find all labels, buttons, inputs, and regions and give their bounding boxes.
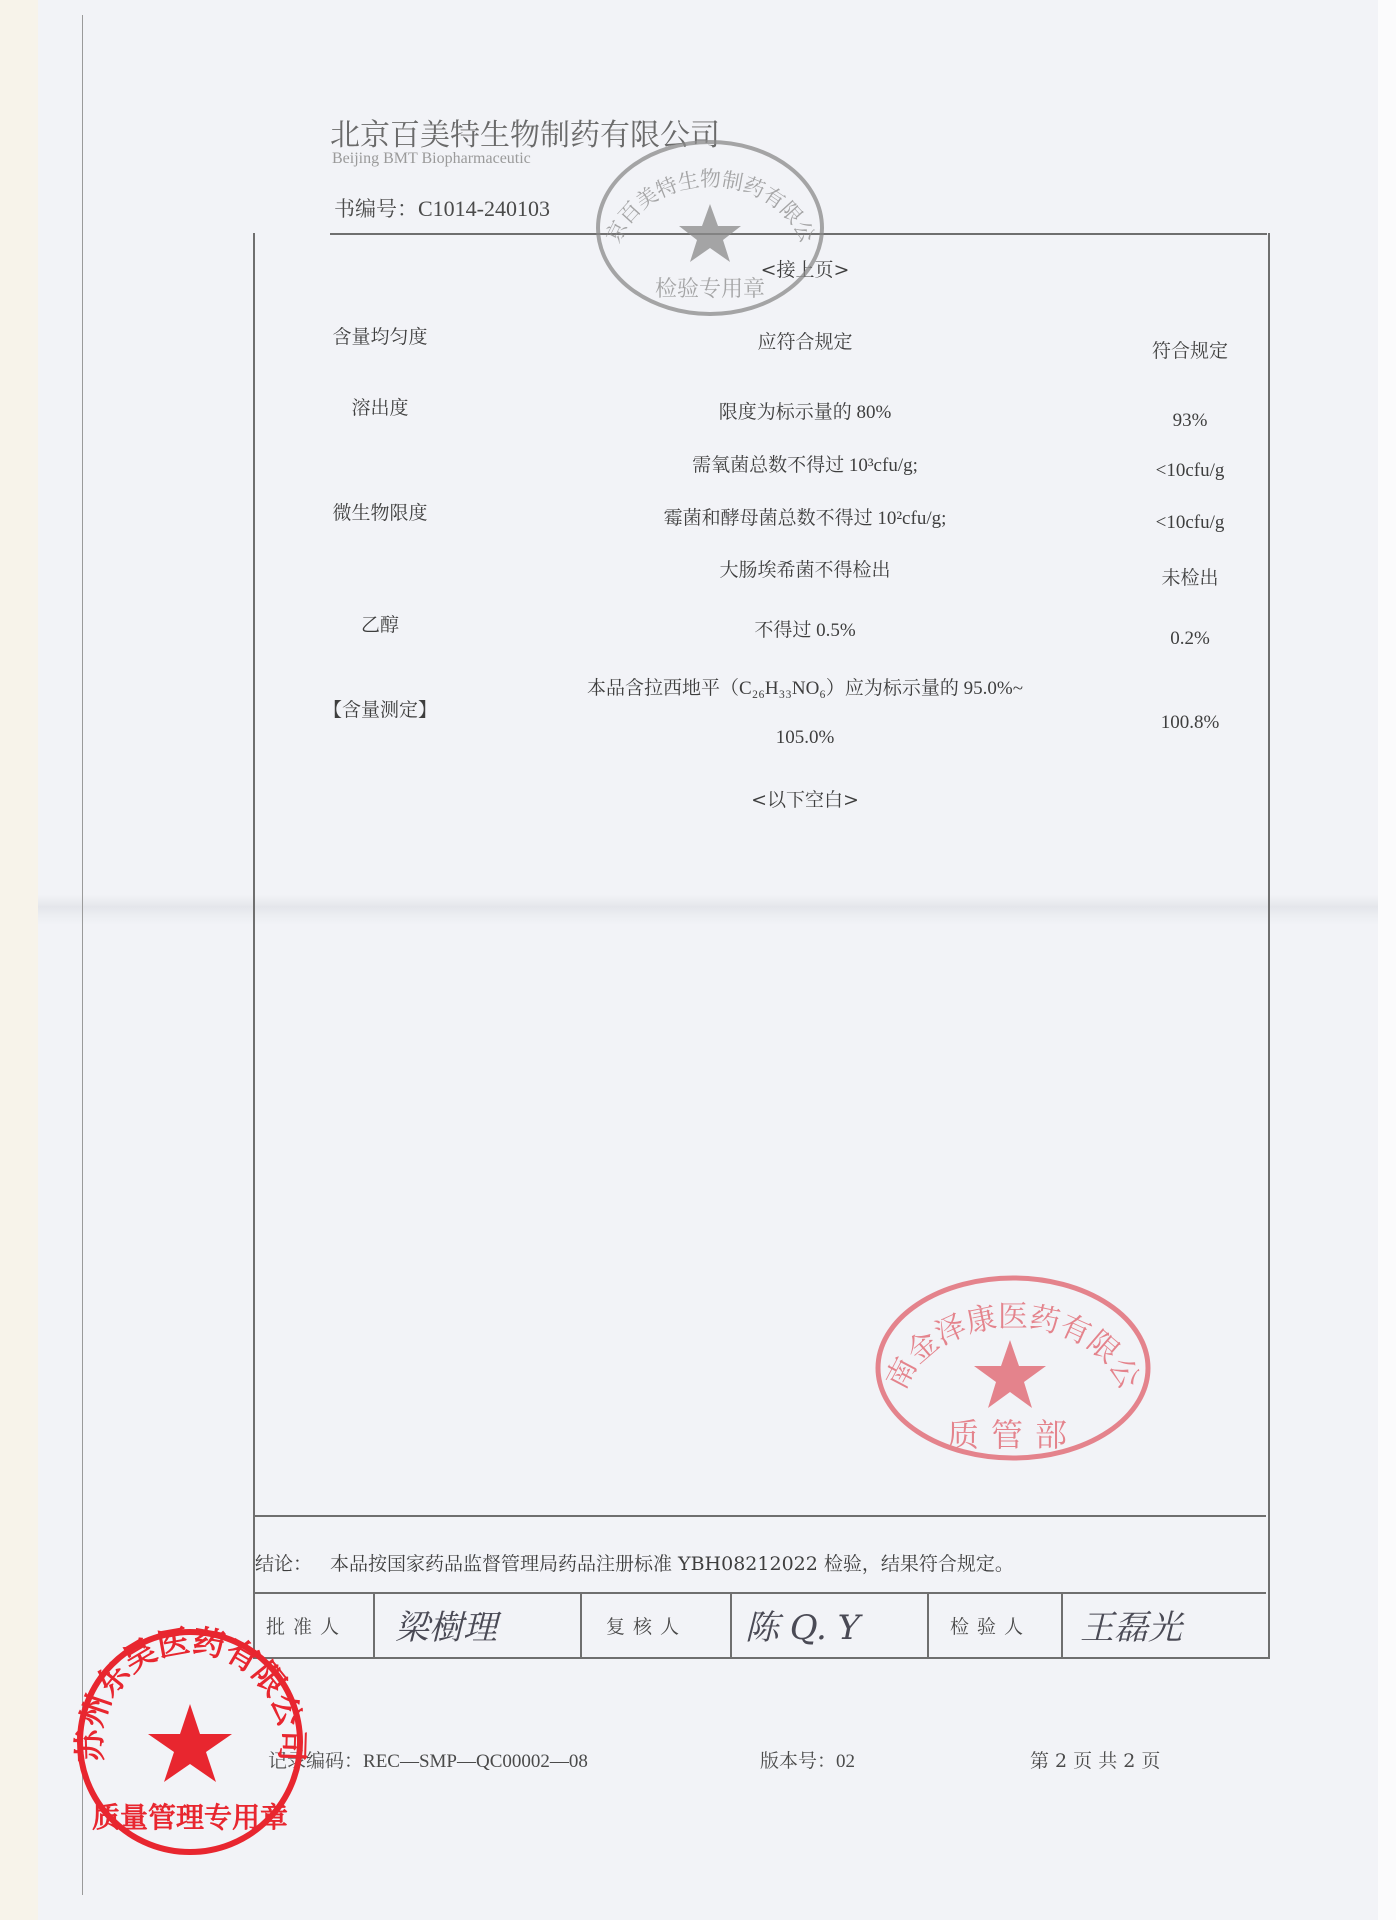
record-number: 书编号：C1014-240103 [334,193,550,223]
gray-stamp-ring-text: 北京百美特生物制药有限公司 [578,109,820,247]
signature-cell-divider [373,1592,375,1657]
version-value: 02 [836,1751,855,1772]
row-result: 0.2% [1120,628,1260,650]
red-quality-mgmt-stamp: 苏州东吴医药有限公司 质量管理专用章 [68,1622,308,1866]
page-info: 第 2 页 共 2 页 [1030,1746,1160,1773]
approver-signature: 梁樹理 [395,1600,497,1649]
row-item: 含量均匀度 [270,322,490,349]
row-result: 未检出 [1120,563,1260,590]
scan-edge-right [1378,0,1396,1920]
version-label: 版本号： [760,1750,836,1772]
row-result: <10cfu/g [1120,512,1260,534]
signature-cell-divider [580,1592,582,1657]
record-code-value: REC—SMP—QC00002—08 [363,1751,588,1772]
row-item: 乙醇 [270,610,490,637]
signature-cell-divider [730,1592,732,1657]
conclusion-divider [253,1515,1266,1517]
row-standard: 105.0% [505,727,1105,749]
signature-row-divider [253,1592,1266,1594]
record-number-value: C1014-240103 [418,196,550,221]
red-mid-stamp-bottom-text: 质管部 [947,1416,1079,1454]
row-item: 【含量测定】 [270,695,490,722]
row-item: 微生物限度 [270,498,490,525]
blank-below-label: <以下空白> [505,785,1105,812]
row-result: <10cfu/g [1120,460,1260,482]
row-standard: 大肠埃希菌不得检出 [505,555,1105,582]
row-result: 符合规定 [1120,336,1260,363]
svg-text:北京百美特生物制药有限公司: 北京百美特生物制药有限公司 [578,109,820,247]
row-item: 溶出度 [270,393,490,420]
gray-stamp-bottom-text: 检验专用章 [655,277,765,302]
row-standard: 不得过 0.5% [505,615,1105,642]
row-standard: 霉菌和酵母菌总数不得过 10²cfu/g; [505,503,1105,530]
row-standard: 本品含拉西地平（C₂₆H₃₃NO₆）应为标示量的 95.0%~ [505,673,1105,700]
row-standard: 需氧菌总数不得过 10³cfu/g; [505,450,1105,477]
inspector-signature: 王磊光 [1080,1600,1182,1649]
inspector-label: 检验人 [950,1612,1031,1639]
signature-cell-divider [927,1592,929,1657]
binding-margin-line [82,15,83,1895]
conclusion-label: 结论： [255,1553,312,1575]
signature-cell-divider [1061,1592,1063,1657]
conclusion-text: 本品按国家药品监督管理局药品注册标准 YBH08212022 检验，结果符合规定… [330,1553,1014,1575]
row-standard: 应符合规定 [505,327,1105,354]
row-result: 93% [1120,410,1260,432]
company-name-en: Beijing BMT Biopharmaceutic [332,150,531,168]
record-number-label: 书编号： [334,197,418,221]
red-left-stamp-bottom-text: 质量管理专用章 [92,1801,288,1834]
conclusion: 结论：本品按国家药品监督管理局药品注册标准 YBH08212022 检验，结果符… [255,1549,1014,1576]
row-result: 100.8% [1120,712,1260,734]
row-standard: 限度为标示量的 80% [505,397,1105,424]
record-code: 记录编码：REC—SMP—QC00002—08 [268,1746,588,1773]
gray-inspection-stamp: 北京百美特生物制药有限公司 检验专用章 [588,128,833,322]
reviewer-label: 复核人 [606,1612,687,1639]
scan-edge-left [0,0,38,1920]
version: 版本号：02 [760,1746,855,1773]
red-quality-dept-stamp: 河南金泽康医药有限公司 质管部 [868,1268,1158,1472]
reviewer-signature: 陈 Q. Y [745,1600,860,1649]
